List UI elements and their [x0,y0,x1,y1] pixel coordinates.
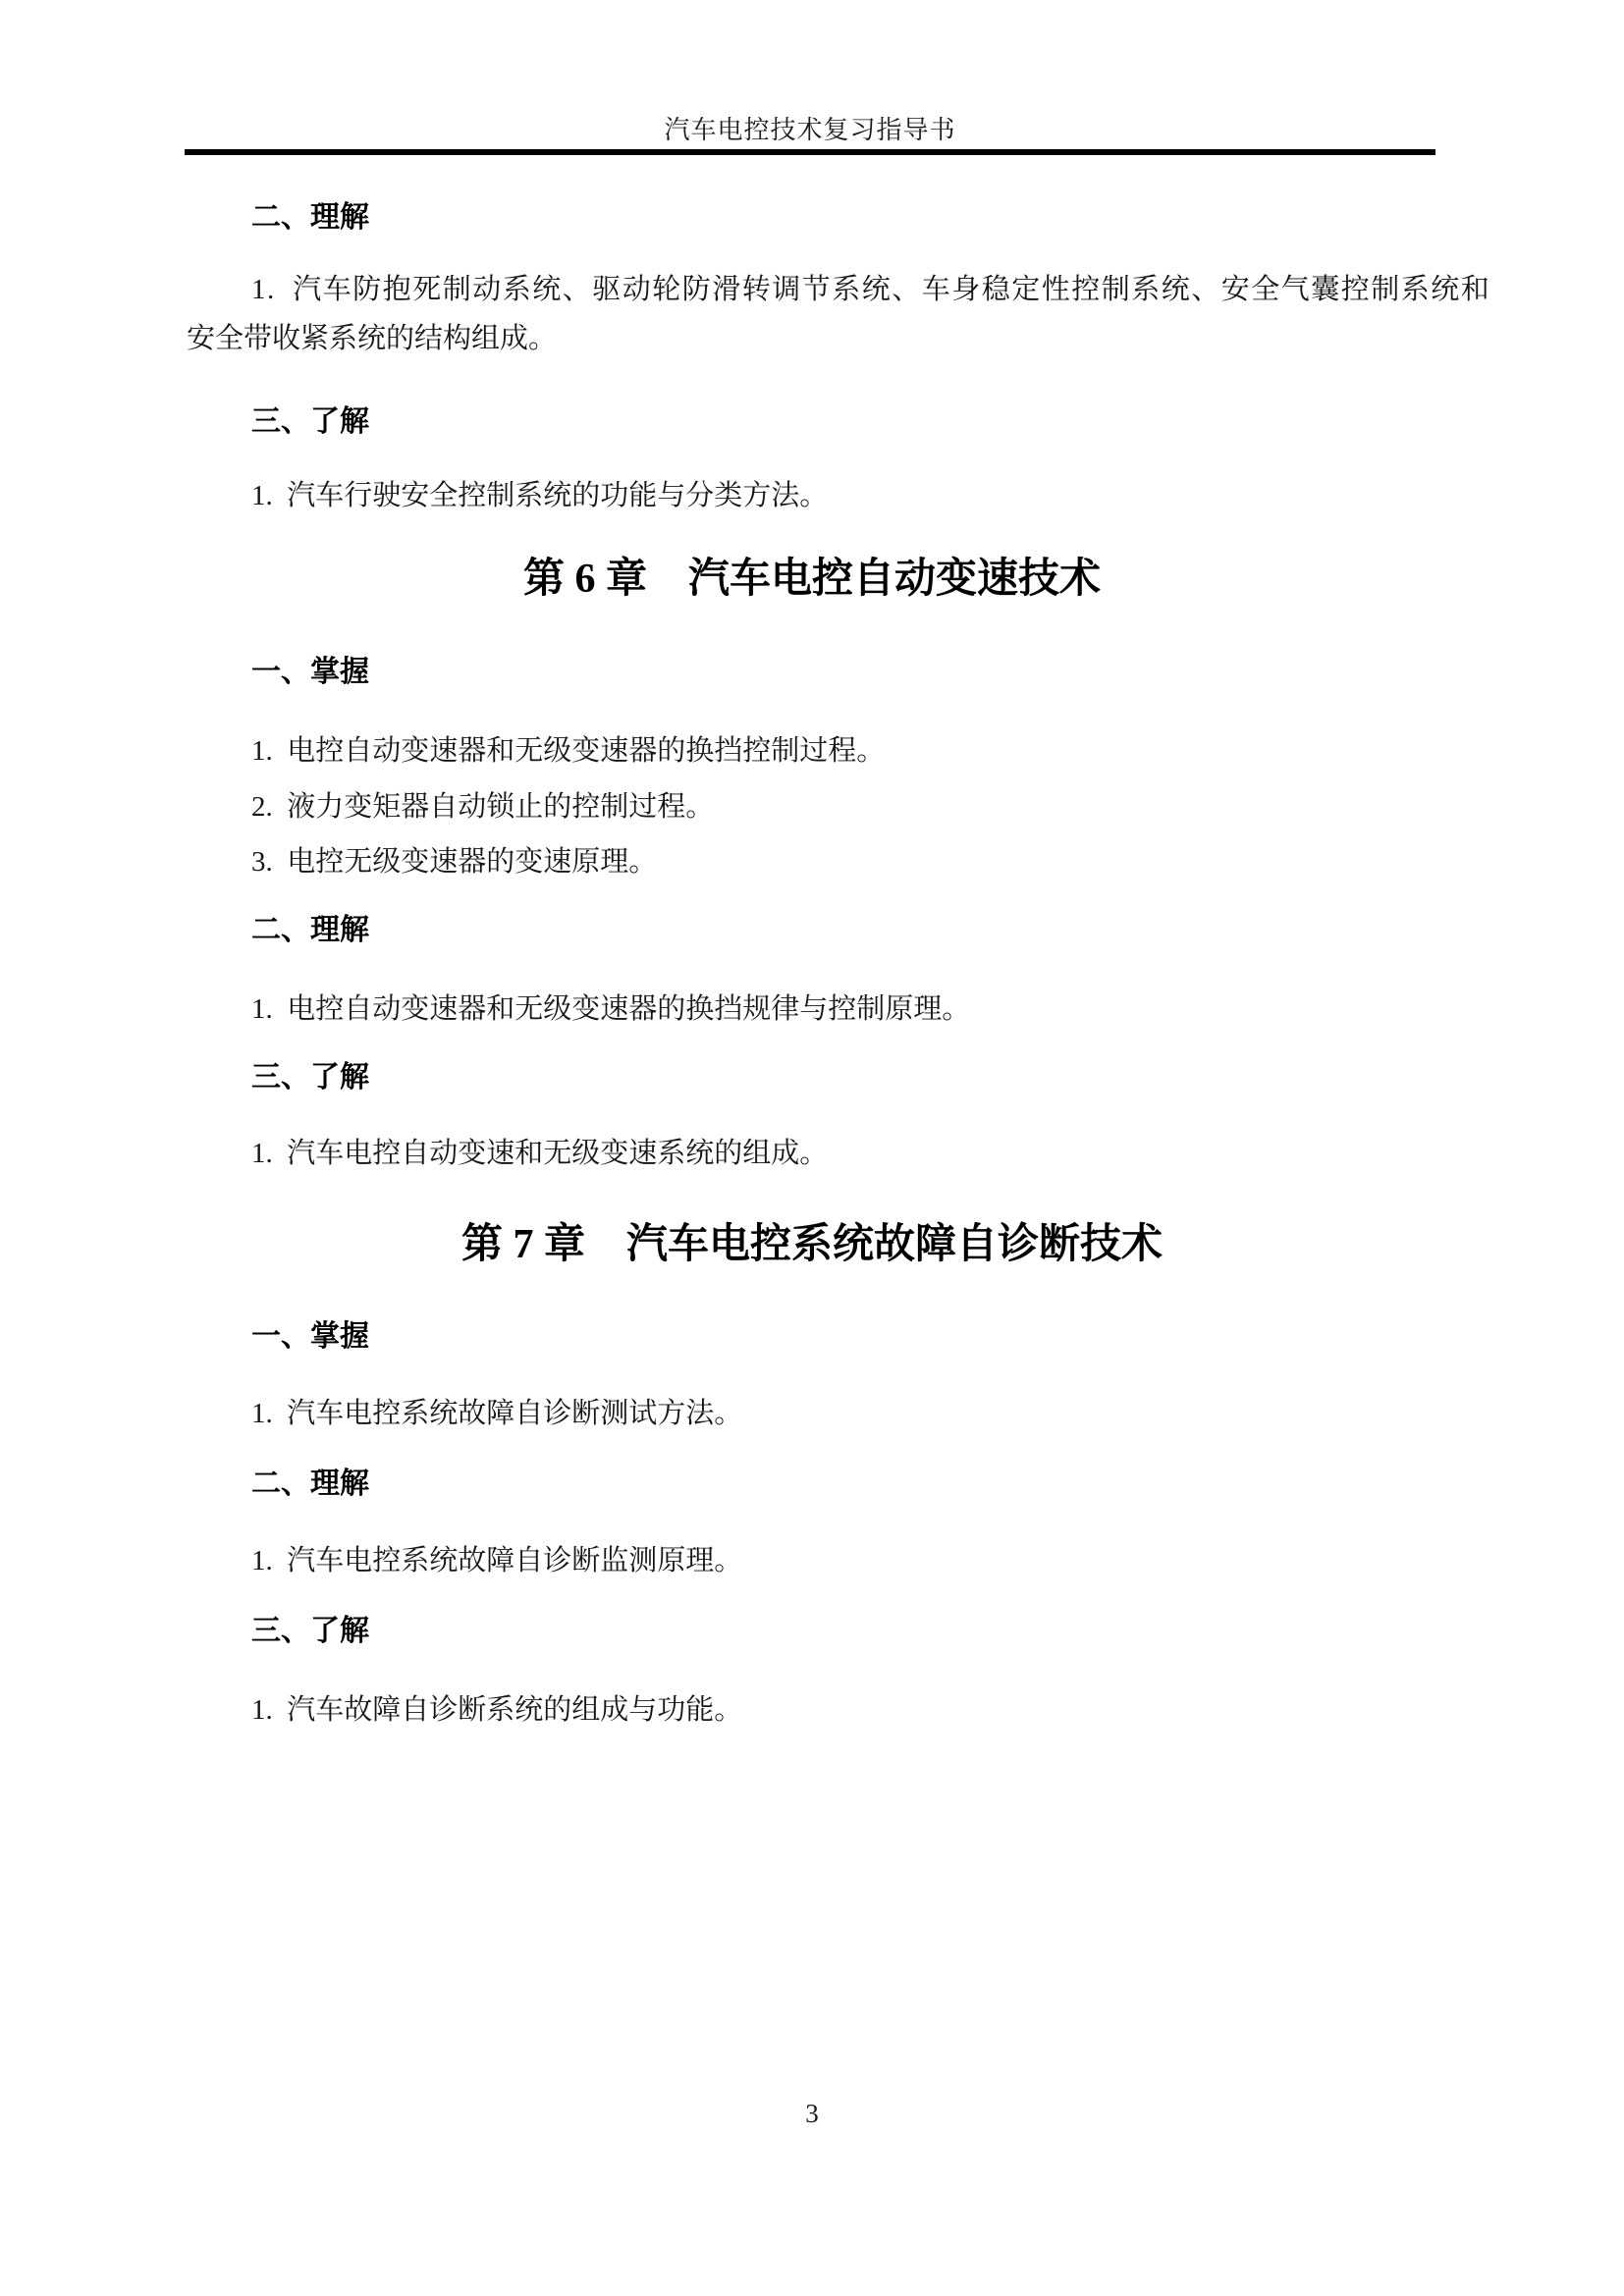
section-heading-understand: 二、理解 [251,196,369,240]
list-item: 1. 汽车电控系统故障自诊断测试方法。 [251,1392,742,1435]
section-heading-master: 一、掌握 [251,1315,369,1359]
page-body: 二、理解 1. 汽车防抱死制动系统、驱动轮防滑转调节系统、车身稳定性控制系统、安… [187,0,1437,2296]
list-item: 1. 汽车故障自诊断系统的组成与功能。 [251,1688,742,1732]
section-heading-know: 三、了解 [251,1056,369,1099]
section-heading-master: 一、掌握 [251,651,369,694]
list-item: 1. 汽车行驶安全控制系统的功能与分类方法。 [251,474,828,517]
list-item: 1. 电控自动变速器和无级变速器的换挡规律与控制原理。 [251,988,970,1031]
list-item-continuation-line: 安全带收紧系统的结构组成。 [187,317,557,360]
page-number: 3 [0,2096,1624,2131]
list-item: 1. 电控自动变速器和无级变速器的换挡控制过程。 [251,729,885,773]
document-page: 汽车电控技术复习指导书 二、理解 1. 汽车防抱死制动系统、驱动轮防滑转调节系统… [0,0,1624,2296]
list-item: 3. 电控无级变速器的变速原理。 [251,840,657,883]
section-heading-understand: 二、理解 [251,1463,369,1506]
section-heading-understand: 二、理解 [251,909,369,952]
chapter-7-title: 第 7 章 汽车电控系统故障自诊断技术 [187,1215,1437,1274]
list-item: 2. 液力变矩器自动锁止的控制过程。 [251,785,714,828]
section-heading-know: 三、了解 [251,1610,369,1653]
section-heading-know: 三、了解 [251,400,369,444]
list-item-line: 1. 汽车防抱死制动系统、驱动轮防滑转调节系统、车身稳定性控制系统、安全气囊控制… [251,268,1490,311]
list-item: 1. 汽车电控系统故障自诊断监测原理。 [251,1539,742,1582]
chapter-6-title: 第 6 章 汽车电控自动变速技术 [187,550,1437,609]
list-item: 1. 汽车电控自动变速和无级变速系统的组成。 [251,1132,828,1175]
